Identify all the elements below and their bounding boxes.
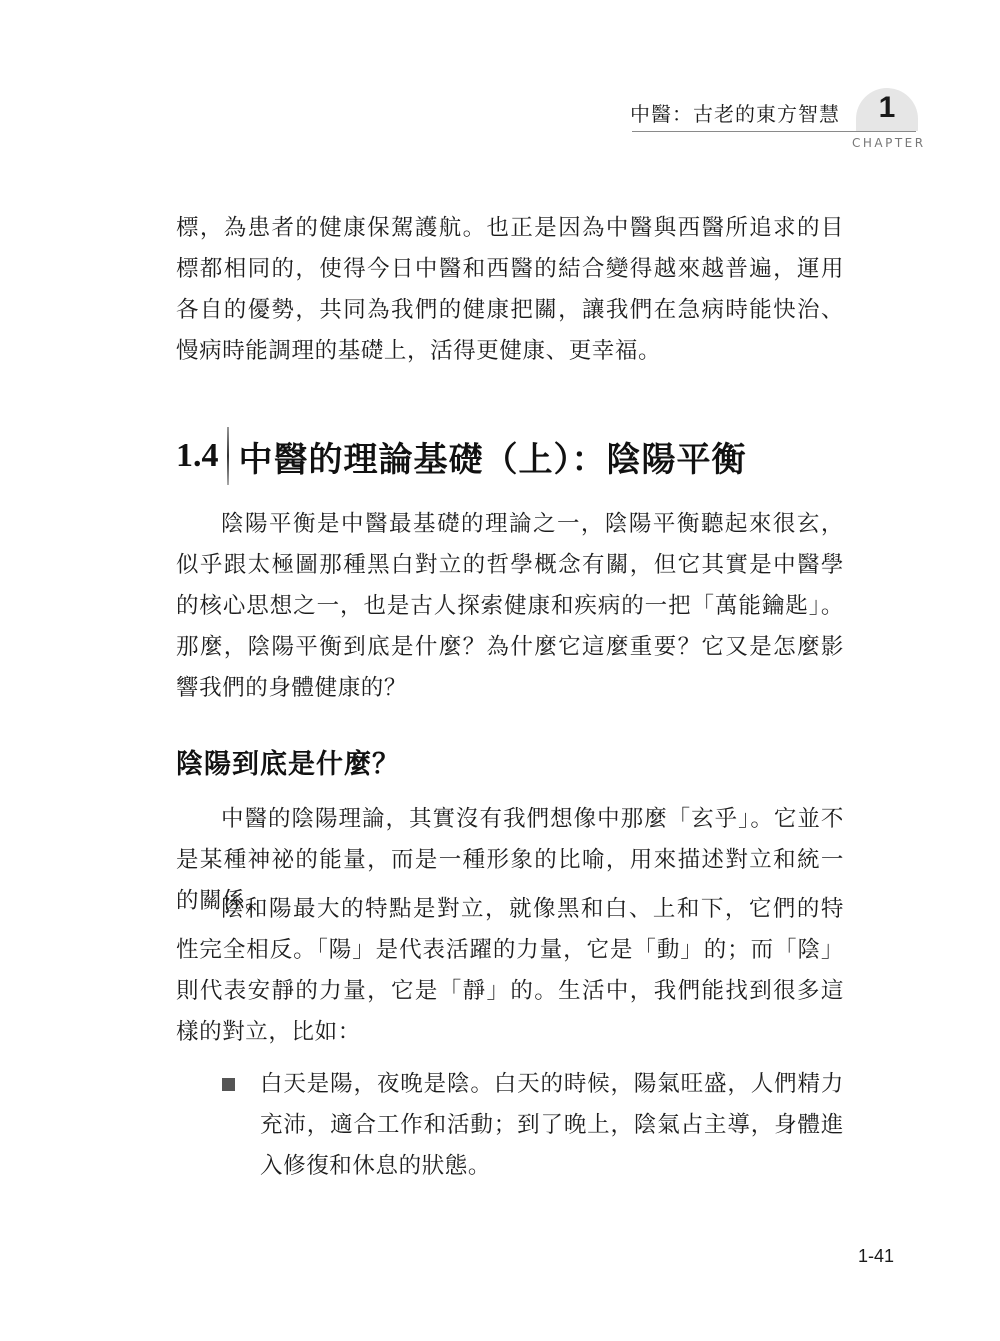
running-title: 中醫：古老的東方智慧 xyxy=(630,98,840,127)
paragraph-3: 陰和陽最大的特點是對立，就像黑和白、上和下，它們的特性完全相反。「陽」是代表活躍… xyxy=(176,889,844,1053)
section-number: 1.4 xyxy=(176,437,219,475)
chapter-number: 1 xyxy=(856,88,918,128)
section-divider-bar xyxy=(227,427,229,485)
section-paragraph: 陰陽平衡是中醫最基礎的理論之一，陰陽平衡聽起來很玄，似乎跟太極圖那種黑白對立的哲… xyxy=(176,504,844,709)
subheading: 陰陽到底是什麼？ xyxy=(176,742,400,781)
section-title: 中醫的理論基礎（上）：陰陽平衡 xyxy=(239,432,747,481)
square-bullet-icon xyxy=(222,1078,235,1091)
intro-paragraph: 標，為患者的健康保駕護航。也正是因為中醫與西醫所追求的目標都相同的，使得今日中醫… xyxy=(176,208,844,372)
page-number: 1-41 xyxy=(858,1246,894,1267)
bullet-text: 白天是陽，夜晚是陰。白天的時候，陽氣旺盛，人們精力充沛，適合工作和活動；到了晚上… xyxy=(260,1064,844,1187)
page-header: 1 中醫：古老的東方智慧 CHAPTER xyxy=(0,0,1000,160)
header-divider xyxy=(632,131,916,132)
section-heading: 1.4 中醫的理論基礎（上）：陰陽平衡 xyxy=(176,426,747,486)
chapter-label: CHAPTER xyxy=(852,136,926,150)
